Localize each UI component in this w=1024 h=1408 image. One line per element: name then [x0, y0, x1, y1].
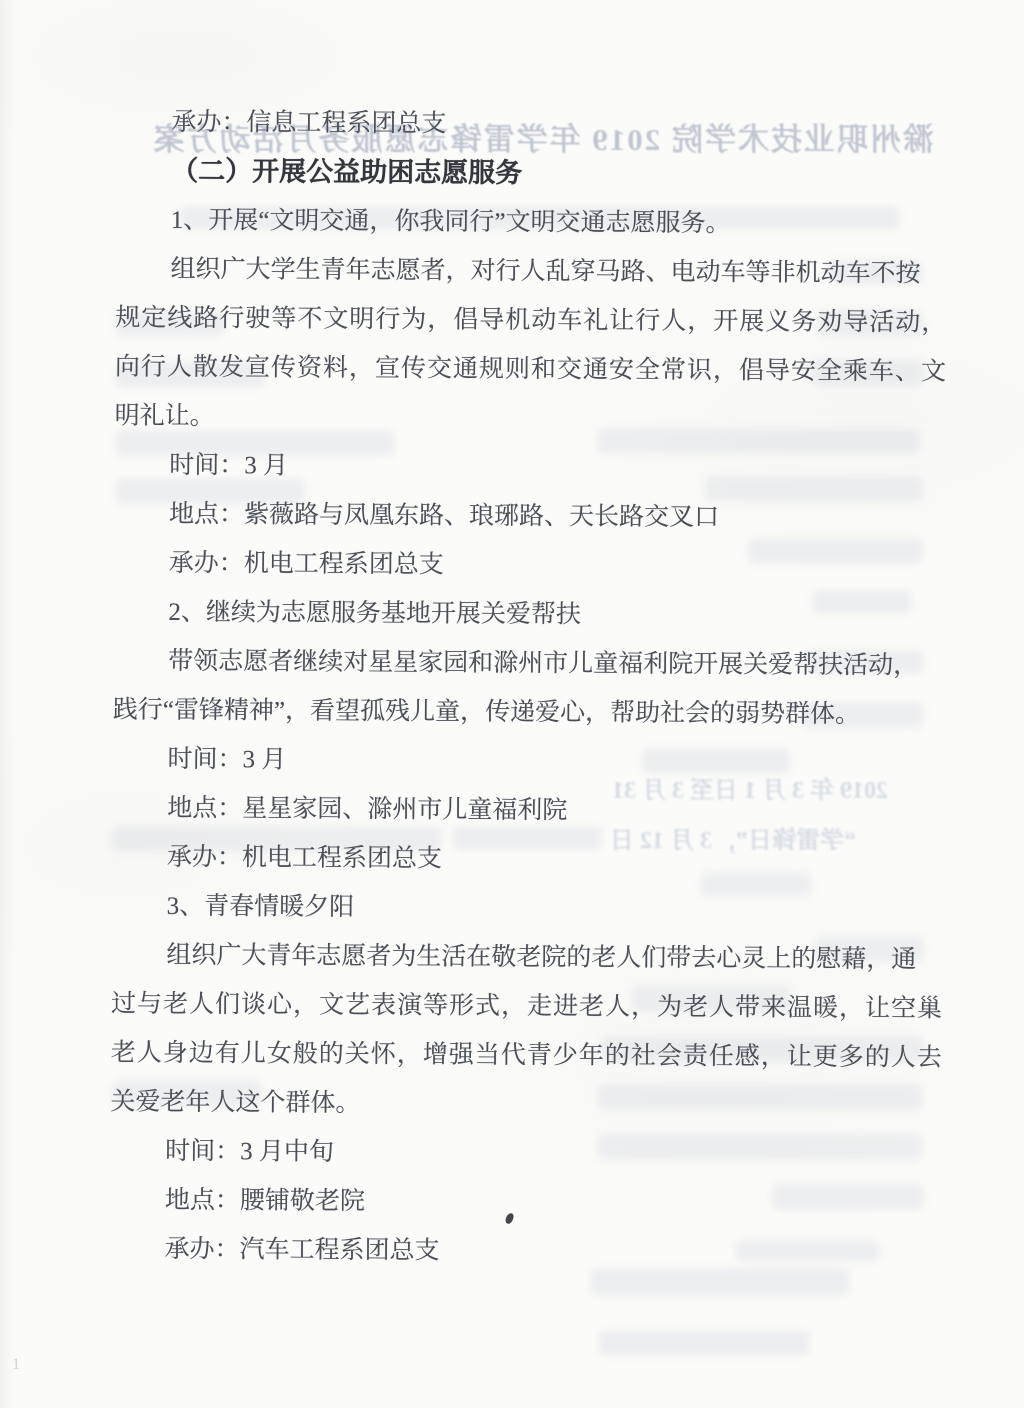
text-line: 带领志愿者继续对星星家园和滁州市儿童福利院开展关爱帮扶活动， — [113, 637, 931, 691]
bleedthrough-smudge — [598, 1330, 810, 1356]
text-line: 时间：3 月中旬 — [110, 1126, 928, 1180]
text-line: 组织广大青年志愿者为生活在敬老院的老人们带去心灵上的慰藉，通 — [111, 930, 929, 984]
text-line: 地点：紫薇路与凤凰东路、琅琊路、天长路交叉口 — [114, 490, 932, 544]
text-line: 规定线路行驶等不文明行为，倡导机动车礼让行人，开展义务劝导活动， — [115, 294, 933, 348]
text-line: 过与老人们谈心，文艺表演等形式，走进老人，为老人带来温暖，让空巢 — [111, 979, 929, 1033]
text-line: 关爱老年人这个群体。 — [110, 1077, 928, 1131]
text-line: 承办：机电工程系团总支 — [112, 832, 930, 886]
text-line: 地点：星星家园、滁州市儿童福利院 — [112, 783, 930, 837]
scanned-document-page: 滁州职业技术学院 2019 年学雷锋志愿服务月活动方案 2019 年 3 月 1… — [0, 0, 1024, 1408]
section-heading: （二）开展公益助困志愿服务 — [116, 147, 934, 201]
text-line: 明礼让。 — [115, 392, 933, 446]
text-line: 组织广大学生青年志愿者，对行人乱穿马路、电动车等非机动车不按 — [115, 245, 933, 299]
document-lines: 承办：信息工程系团总支（二）开展公益助困志愿服务1、开展“文明交通，你我同行”文… — [109, 98, 934, 1279]
text-line: 老人身边有儿女般的关怀，增强当代青少年的社会责任感，让更多的人去 — [111, 1028, 929, 1082]
page-number: 1 — [12, 1356, 20, 1374]
text-line: 承办：机电工程系团总支 — [114, 539, 932, 593]
text-line: 时间：3 月 — [112, 735, 930, 789]
text-line: 践行“雷锋精神”，看望孤残儿童，传递爱心，帮助社会的弱势群体。 — [113, 686, 931, 740]
text-line: 时间：3 月 — [114, 441, 932, 495]
text-line: 地点：腰铺敬老院 — [110, 1175, 928, 1229]
text-line: 向行人散发宣传资料，宣传交通规则和交通安全常识，倡导安全乘车、文 — [115, 343, 933, 397]
text-line: 承办：汽车工程系团总支 — [109, 1224, 927, 1278]
text-line: 承办：信息工程系团总支 — [116, 98, 934, 152]
text-line: 1、开展“文明交通，你我同行”文明交通志愿服务。 — [116, 196, 934, 250]
text-line: 2、继续为志愿服务基地开展关爱帮扶 — [113, 588, 931, 642]
text-line: 3、青春情暖夕阳 — [112, 881, 930, 935]
